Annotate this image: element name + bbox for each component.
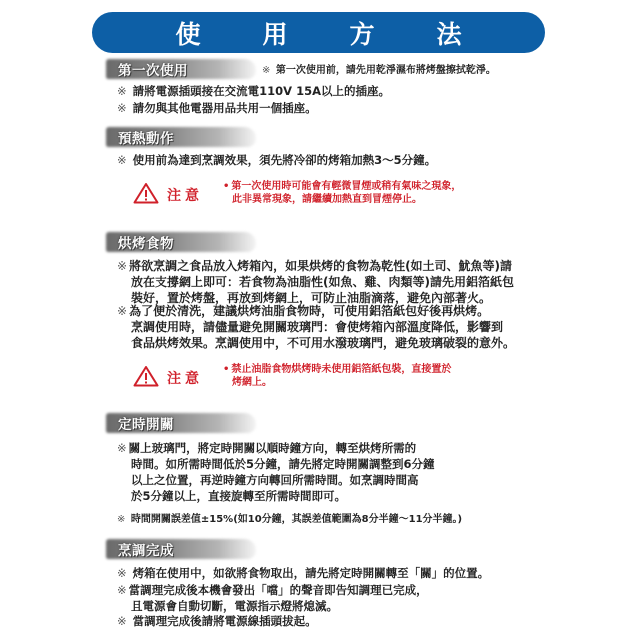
caution-text: •禁止油脂食物烘烤時未使用鋁箔紙包裝，直接置於 烤網上。: [223, 363, 451, 389]
timer-item-2: ※ 時間開關誤差值±15%(如10分鐘，其誤差值範圍為8分半鐘～11分半鐘。): [117, 512, 462, 527]
section-heading-complete: 烹調完成: [110, 538, 250, 560]
title-char: 法: [437, 15, 462, 51]
item-text: 使用前為達到烹調效果，須先將冷卻的烤箱加熱3～5分鐘。: [133, 153, 437, 167]
item-line: 時間。如所需時間低於5分鐘，請先將定時開關調整到6分鐘: [131, 457, 435, 471]
timer-item-1: ※關上玻璃門，將定時開關以順時鐘方向，轉至烘烤所需的 時間。如所需時間低於5分鐘…: [117, 440, 435, 504]
bullet-icon: •: [223, 364, 229, 375]
caution-box-baking: 注意 •禁止油脂食物烘烤時未使用鋁箔紙包裝，直接置於 烤網上。: [133, 363, 451, 389]
caution-label: 注意: [167, 185, 211, 205]
item-line: 放在支撐網上即可：若食物為油脂性(如魚、雞、肉類等)請先用鋁箔紙包: [131, 275, 514, 289]
warning-triangle-icon: [133, 182, 159, 204]
note-text: 第一次使用前，請先用乾淨濕布將烤盤擦拭乾淨。: [276, 65, 496, 76]
caution-box-preheat: 注意 •第一次使用時可能會有輕微冒煙或稍有氣味之現象， 此非異常現象，請繼續加熱…: [133, 180, 461, 206]
heading-text: 預熱動作: [110, 127, 174, 147]
title-char: 用: [262, 15, 287, 51]
caution-text: •第一次使用時可能會有輕微冒煙或稍有氣味之現象， 此非異常現象，請繼續加熱直到冒…: [223, 180, 461, 206]
reference-mark-icon: ※: [117, 566, 127, 580]
item-line: 為了便於清洗，建議烘烤油脂食物時，可使用鋁箔紙包好後再烘烤。: [129, 304, 489, 318]
reference-mark-icon: ※: [117, 304, 127, 318]
caution-line: 第一次使用時可能會有輕微冒煙或稍有氣味之現象，: [231, 181, 461, 192]
reference-mark-icon: ※: [117, 101, 127, 115]
reference-mark-icon: ※: [117, 583, 127, 597]
complete-item-2: ※當調理完成後本機會發出「噹」的聲音即告知調理已完成， 且電源會自動切斷，電源指…: [117, 582, 428, 614]
caution-label: 注意: [167, 368, 211, 388]
first-use-side-note: ※ 第一次使用前，請先用乾淨濕布將烤盤擦拭乾淨。: [262, 63, 496, 78]
title-banner: 使 用 方 法: [92, 12, 545, 53]
baking-item-1: ※將欲烹調之食品放入烤箱內，如果烘烤的食物為乾性(如土司、魷魚等)請 放在支撐網…: [117, 258, 514, 306]
item-text: 當調理完成後請將電源線插頭拔起。: [133, 614, 317, 628]
bullet-icon: •: [223, 181, 229, 192]
first-use-item: ※ 請將電源插頭接在交流電110V 15A以上的插座。: [117, 84, 390, 99]
page-title: 使 用 方 法: [175, 15, 461, 51]
first-use-item: ※ 請勿與其他電器用品共用一個插座。: [117, 101, 317, 116]
item-line: 且電源會自動切斷，電源指示燈將熄滅。: [131, 599, 338, 613]
heading-text: 烹調完成: [110, 539, 174, 559]
heading-text: 第一次使用: [110, 59, 188, 79]
preheat-item: ※ 使用前為達到烹調效果，須先將冷卻的烤箱加熱3～5分鐘。: [117, 153, 436, 168]
reference-mark-icon: ※: [117, 259, 127, 273]
item-line: 食品烘烤效果。烹調使用中，不可用水潑玻璃門，避免玻璃破裂的意外。: [131, 336, 515, 350]
warning-triangle-icon: [133, 365, 159, 387]
item-line: 關上玻璃門，將定時開關以順時鐘方向，轉至烘烤所需的: [129, 441, 417, 455]
item-text: 請勿與其他電器用品共用一個插座。: [133, 101, 317, 115]
heading-text: 定時開關: [110, 413, 174, 433]
item-line: 烹調使用時，請儘量避免開關玻璃門：會使烤箱內部溫度降低，影響到: [131, 320, 503, 334]
title-char: 方: [350, 15, 375, 51]
item-text: 請將電源插頭接在交流電110V 15A以上的插座。: [133, 84, 390, 98]
complete-item-3: ※ 當調理完成後請將電源線插頭拔起。: [117, 614, 317, 629]
item-text: 時間開關誤差值±15%(如10分鐘，其誤差值範圍為8分半鐘～11分半鐘。): [131, 514, 462, 525]
baking-item-2: ※為了便於清洗，建議烘烤油脂食物時，可使用鋁箔紙包好後再烘烤。 烹調使用時，請儘…: [117, 303, 515, 351]
item-line: 於5分鐘以上，直接旋轉至所需時間即可。: [131, 489, 346, 503]
item-line: 將欲烹調之食品放入烤箱內，如果烘烤的食物為乾性(如土司、魷魚等)請: [129, 259, 512, 273]
item-line: 當調理完成後本機會發出「噹」的聲音即告知調理已完成，: [129, 583, 428, 597]
complete-item-1: ※ 烤箱在使用中，如欲將食物取出，請先將定時開關轉至「關」的位置。: [117, 566, 489, 581]
reference-mark-icon: ※: [262, 65, 270, 76]
reference-mark-icon: ※: [117, 441, 127, 455]
caution-line: 此非異常現象，請繼續加熱直到冒煙停止。: [232, 194, 422, 205]
caution-line: 烤網上。: [232, 377, 272, 388]
section-heading-preheat: 預熱動作: [110, 126, 250, 148]
section-heading-baking: 烘烤食物: [110, 231, 250, 253]
reference-mark-icon: ※: [117, 153, 127, 167]
title-char: 使: [175, 15, 200, 51]
section-heading-first-use: 第一次使用: [110, 58, 250, 80]
heading-text: 烘烤食物: [110, 232, 174, 252]
reference-mark-icon: ※: [117, 514, 125, 525]
reference-mark-icon: ※: [117, 84, 127, 98]
caution-line: 禁止油脂食物烘烤時未使用鋁箔紙包裝，直接置於: [231, 364, 451, 375]
item-line: 以上之位置，再逆時鐘方向轉回所需時間。如烹調時間高: [131, 473, 419, 487]
item-text: 烤箱在使用中，如欲將食物取出，請先將定時開關轉至「關」的位置。: [133, 566, 490, 580]
reference-mark-icon: ※: [117, 614, 127, 628]
section-heading-timer: 定時開關: [110, 412, 250, 434]
